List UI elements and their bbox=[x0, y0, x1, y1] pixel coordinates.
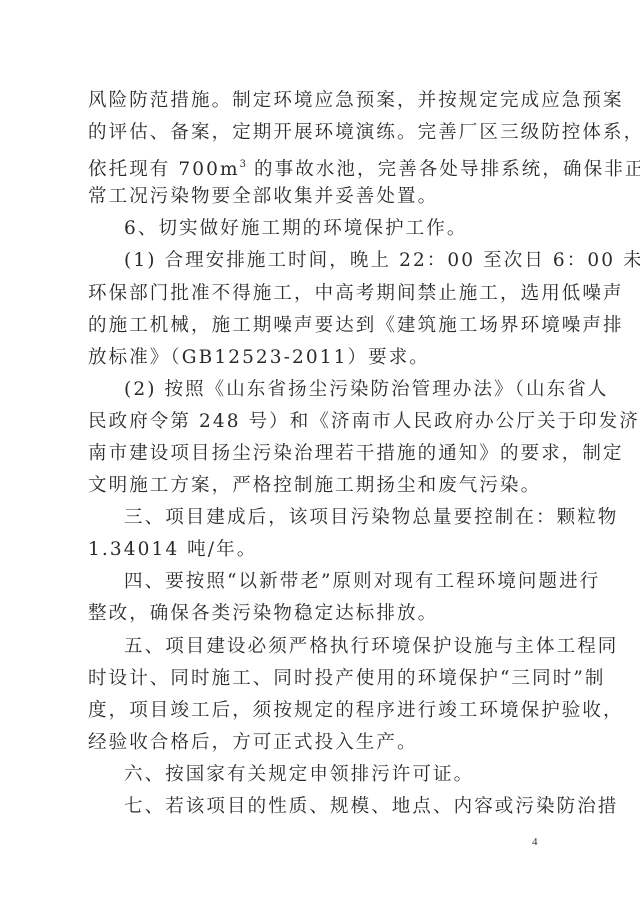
text-line: 依托现有 700m3 的事故水池，完善各处导排系统，确保非正 bbox=[88, 152, 548, 183]
text-line: 南市建设项目扬尘污染治理若干措施的通知》的要求，制定 bbox=[88, 441, 548, 467]
text-line: 6、切实做好施工期的环境保护工作。 bbox=[124, 216, 584, 242]
text-line: 五、项目建设必须严格执行环境保护设施与主体工程同 bbox=[124, 634, 584, 660]
text-line: 1.34014 吨/年。 bbox=[88, 537, 548, 563]
text-line: 放标准》（GB12523-2011）要求。 bbox=[88, 345, 548, 371]
text-line: 的评估、备案，定期开展环境演练。完善厂区三级防控体系， bbox=[88, 120, 548, 146]
text-line: 三、项目建成后，该项目污染物总量要控制在：颗粒物 bbox=[124, 505, 584, 531]
text-line: 四、要按照“以新带老”原则对现有工程环境问题进行 bbox=[124, 569, 584, 595]
text-line: 度，项目竣工后，须按规定的程序进行竣工环境保护验收， bbox=[88, 698, 548, 724]
text-line: 经验收合格后，方可正式投入生产。 bbox=[88, 730, 548, 756]
text-line: 时设计、同时施工、同时投产使用的环境保护“三同时”制 bbox=[88, 666, 548, 692]
text-line: 七、若该项目的性质、规模、地点、内容或污染防治措 bbox=[124, 794, 584, 820]
text-line: 民政府令第 248 号）和《济南市人民政府办公厅关于印发济 bbox=[88, 409, 548, 435]
text-line: 整改，确保各类污染物稳定达标排放。 bbox=[88, 601, 548, 627]
text-line: 文明施工方案，严格控制施工期扬尘和废气污染。 bbox=[88, 473, 548, 499]
text-segment: 依托现有 700m bbox=[88, 159, 240, 180]
text-line: (2) 按照《山东省扬尘污染防治管理办法》（山东省人 bbox=[124, 377, 584, 403]
page-number: 4 bbox=[532, 836, 538, 848]
document-page: 风险防范措施。制定环境应急预案，并按规定完成应急预案 的评估、备案，定期开展环境… bbox=[0, 0, 640, 905]
text-segment: 的事故水池，完善各处导排系统，确保非正 bbox=[246, 159, 640, 180]
text-line: 六、按国家有关规定申领排污许可证。 bbox=[124, 762, 584, 788]
text-line: 环保部门批准不得施工，中高考期间禁止施工，选用低噪声 bbox=[88, 281, 548, 307]
text-line: 常工况污染物要全部收集并妥善处置。 bbox=[88, 184, 548, 210]
text-line: (1) 合理安排施工时间，晚上 22：00 至次日 6：00 未经 bbox=[124, 248, 584, 274]
text-line: 的施工机械，施工期噪声要达到《建筑施工场界环境噪声排 bbox=[88, 313, 548, 339]
text-line: 风险防范措施。制定环境应急预案，并按规定完成应急预案 bbox=[88, 88, 548, 114]
